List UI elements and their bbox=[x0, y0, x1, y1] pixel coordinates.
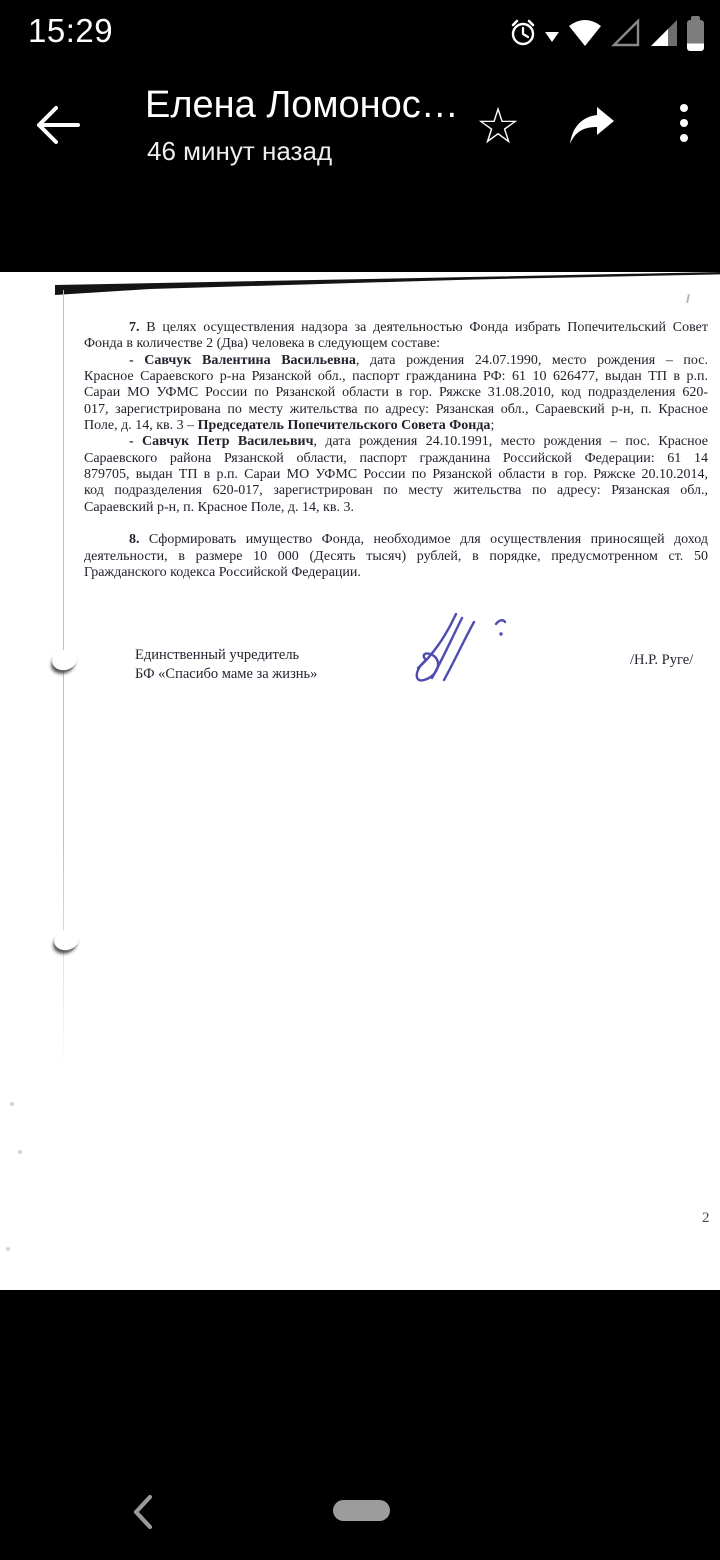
document-line: Гражданского кодекса Российской Федераци… bbox=[84, 565, 708, 581]
founder-line2: БФ «Спасибо маме за жизнь» bbox=[135, 665, 317, 684]
document-line: Поле, д. 14, кв. 3 – Председатель Попечи… bbox=[84, 418, 708, 434]
scan-speck bbox=[10, 1102, 14, 1106]
document-line: - Савчук Петр Василеьвич, дата рождения … bbox=[84, 434, 708, 450]
alarm-icon bbox=[509, 19, 537, 52]
document-line: Фонда в количестве 2 (Два) человека в сл… bbox=[84, 336, 708, 352]
hole-punch-mark bbox=[52, 927, 81, 952]
hole-punch-mark bbox=[50, 647, 79, 672]
document-text: 7. В целях осуществления надзора за деят… bbox=[84, 320, 708, 582]
founder-line1: Единственный учредитель bbox=[135, 646, 317, 665]
document-line: Сараи МО УФМС России по Рязанской област… bbox=[84, 385, 708, 401]
overflow-menu-button[interactable] bbox=[680, 104, 688, 142]
page-edge-shadow bbox=[0, 272, 720, 302]
signal-partial-icon bbox=[649, 18, 679, 53]
timestamp-subtitle: 46 минут назад bbox=[147, 136, 332, 167]
document-line: Сараевский р-н, п. Красное Поле, д. 14, … bbox=[84, 500, 708, 516]
wifi-icon bbox=[567, 18, 603, 53]
battery-icon bbox=[687, 20, 704, 51]
page-fold-line bbox=[63, 290, 64, 1070]
document-line: 879705, выдан ТП в р.п. Сараи МО УФМС Ро… bbox=[84, 467, 708, 483]
status-time: 15:29 bbox=[28, 12, 113, 50]
scan-speck bbox=[6, 1247, 10, 1251]
status-icons bbox=[509, 16, 704, 54]
home-pill[interactable] bbox=[333, 1500, 390, 1521]
signal-empty-icon bbox=[611, 18, 641, 53]
scan-speck bbox=[18, 1150, 22, 1154]
signer-name: /Н.Р. Руге/ bbox=[630, 652, 693, 669]
signature-icon bbox=[412, 608, 522, 690]
document-line: 7. В целях осуществления надзора за деят… bbox=[84, 320, 708, 336]
document-line: - Савчук Валентина Васильевна, дата рожд… bbox=[84, 353, 708, 369]
document-blank-line bbox=[84, 516, 708, 532]
triangle-down-icon bbox=[545, 32, 559, 42]
document-line: 017, зарегистрирована по месту жительств… bbox=[84, 402, 708, 418]
star-icon: ☆ bbox=[476, 101, 521, 151]
document-line: код подразделения 620-017, зарегистриров… bbox=[84, 483, 708, 499]
page-number: 2 bbox=[702, 1210, 710, 1227]
page-title: Елена Ломонос… bbox=[145, 84, 459, 127]
document-line: Красное Сараевского р-на Рязанской обл.,… bbox=[84, 369, 708, 385]
founder-block: Единственный учредитель БФ «Спасибо маме… bbox=[135, 646, 317, 684]
chevron-left-icon bbox=[130, 1493, 156, 1531]
document-line: деятельности, в размере 10 000 (Десять т… bbox=[84, 549, 708, 565]
document-page[interactable]: 7. В целях осуществления надзора за деят… bbox=[0, 272, 720, 1290]
nav-back-button[interactable] bbox=[126, 1490, 160, 1534]
back-button[interactable] bbox=[32, 102, 82, 148]
document-line: Сараевского района Рязанской области, па… bbox=[84, 451, 708, 467]
document-line: 8. Сформировать имущество Фонда, необход… bbox=[84, 532, 708, 548]
share-button[interactable] bbox=[566, 103, 618, 149]
arrow-left-icon bbox=[33, 104, 81, 146]
share-icon bbox=[568, 106, 616, 146]
overflow-menu-icon bbox=[680, 104, 688, 112]
favorite-button[interactable]: ☆ bbox=[472, 98, 524, 154]
